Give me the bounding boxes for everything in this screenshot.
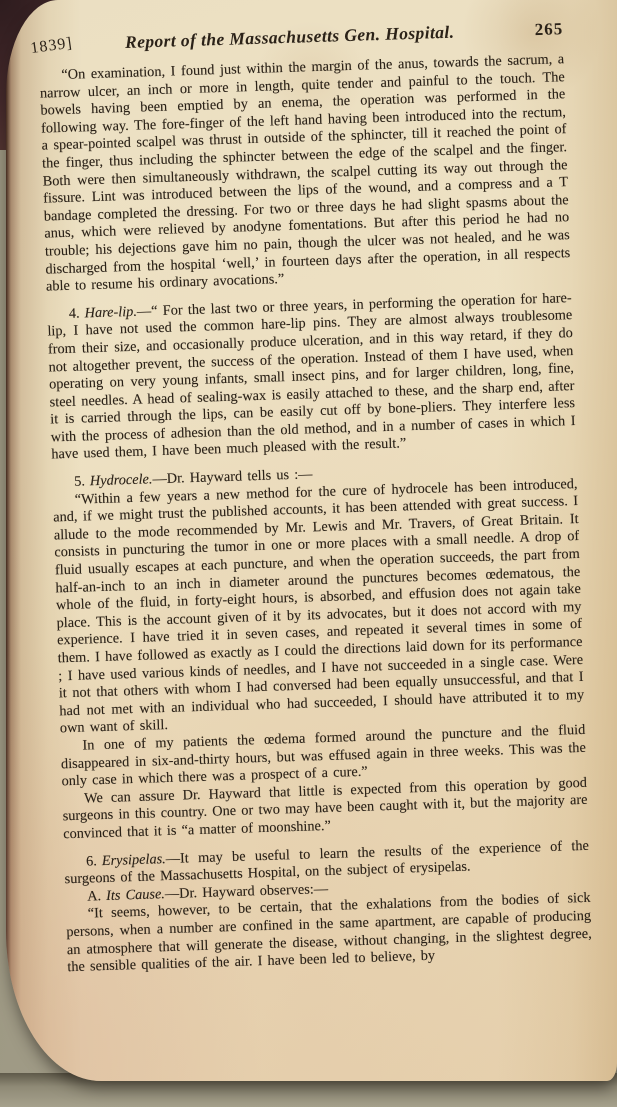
paragraph-hydrocele-quote: “Within a few years a new method for the… — [53, 476, 585, 739]
section-label: Erysipelas. — [102, 851, 166, 869]
paragraph-text: “Within a few years a new method for the… — [53, 476, 584, 737]
book-page: 1839] Report of the Massachusetts Gen. H… — [6, 0, 617, 1081]
section-number: 5. — [74, 474, 85, 490]
section-number: 4. — [69, 305, 80, 321]
paragraph-case-fissure: “On examination, I found just within the… — [39, 51, 571, 296]
paragraph-text: “On examination, I found just within the… — [40, 51, 571, 295]
paragraph-hare-lip: 4.Hare-lip.—“ For the last two or three … — [47, 290, 577, 465]
section-number: 6. — [86, 853, 97, 869]
page-content: 1839] Report of the Massachusetts Gen. H… — [3, 0, 617, 1090]
section-number: A. — [87, 888, 101, 904]
body-text: “On examination, I found just within the… — [5, 38, 617, 978]
section-label: Hydrocele. — [90, 471, 153, 489]
page-number: 265 — [534, 19, 563, 40]
section-label: Its Cause. — [106, 886, 165, 904]
scanned-book-page: 1839] Report of the Massachusetts Gen. H… — [0, 0, 617, 1107]
paragraph-exhalations: “It seems, however, to be certain, that … — [66, 890, 593, 977]
section-label: Hare-lip. — [84, 303, 137, 321]
